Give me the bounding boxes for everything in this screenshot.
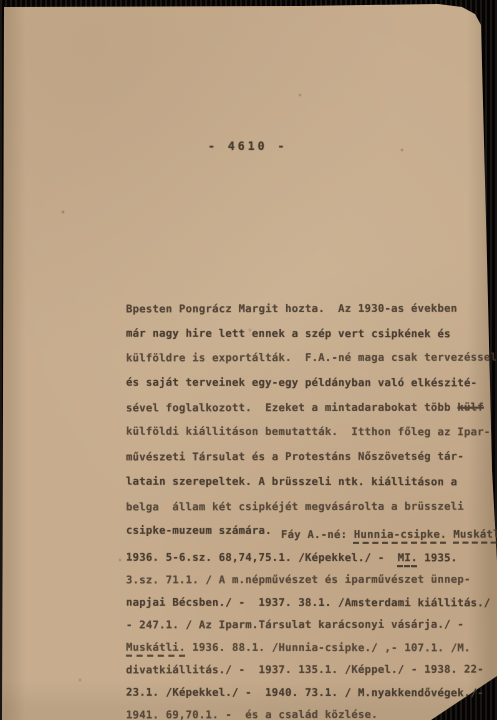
text-line: Bpesten Pongrácz Margit hozta. Az 1930-a… — [126, 297, 491, 322]
text-line: Muskátli. 1936. 88.1. /Hunnia-csipke./ ,… — [126, 636, 491, 659]
text-line: 1941. 69,70.1. - és a család közlése. — [126, 704, 491, 720]
text-line: 3.sz. 71.1. / A m.népművészet és iparműv… — [126, 569, 491, 592]
text-line: és saját terveinek egy-egy példányban va… — [126, 371, 491, 396]
text-line: belga állam két csipkéjét megvásárolta a… — [126, 494, 491, 519]
text-segment: már nagy hire lett ennek a szép vert csi… — [126, 327, 451, 340]
text-line: - 247.1. / Az Iparm.Társulat karácsonyi … — [126, 614, 491, 637]
page-number: - 4610 - — [208, 139, 287, 153]
text-segment: 3.sz. 71.1. / A m.népművészet és iparműv… — [126, 574, 471, 587]
text-segment: 1936. 5-6.sz. 68,74,75.1. /Képekkel./ - — [126, 551, 398, 563]
text-line: napjai Bécsben./ - 1937. 38.1. /Amsterda… — [126, 591, 491, 614]
text-line: már nagy hire lett ennek a szép vert csi… — [126, 321, 491, 346]
text-line: sével foglalkozott. Ezeket a mintadarabo… — [126, 395, 491, 420]
text-segment: napjai Bécsben./ - 1937. 38.1. /Amsterda… — [126, 596, 491, 609]
text-segment: sével foglalkozott. Ezeket a mintadarabo… — [126, 401, 457, 414]
text-segment: 1936. 88.1. /Hunnia-csipke./ ,- 107.1. /… — [186, 641, 471, 653]
text-line: 23.1. /Képekkel./ - 1940. 73.1. / M.nyak… — [126, 681, 491, 704]
text-line: 1936. 5-6.sz. 68,74,75.1. /Képekkel./ - … — [126, 546, 491, 569]
underlined-text: Muskátli — [453, 529, 497, 541]
text-segment: belga állam két csipkéjét megvásárolta a… — [126, 500, 464, 513]
scanned-page-background: - 4610 - Bpesten Pongrácz Margit hozta. … — [0, 0, 497, 720]
underlined-text: Hunnia-csipke. — [354, 529, 447, 541]
struck-text: külf — [457, 401, 484, 413]
text-line: művészeti Társulat és a Protestáns Nőszö… — [126, 445, 491, 470]
text-segment: 23.1. /Képekkel./ - 1940. 73.1. / M.nyak… — [126, 686, 484, 699]
text-segment: Fáy A.-né: — [281, 529, 354, 541]
text-segment: külföldre is exportálták. F.A.-né maga c… — [126, 352, 497, 365]
bibliography-paragraph: Fáy A.-né: Hunnia-csipke. Muskátli1936. … — [126, 524, 491, 720]
underlined-text: Muskátli. — [126, 641, 186, 653]
text-segment: divatkiállitás./ - 1937. 135.1. /Képpel.… — [126, 664, 484, 677]
text-line: divatkiállitás./ - 1937. 135.1. /Képpel.… — [126, 659, 491, 682]
text-segment: 1935. — [418, 552, 458, 564]
text-segment: Bpesten Pongrácz Margit hozta. Az 1930-a… — [126, 303, 457, 316]
text-line: latain szerepeltek. A brüsszeli ntk. kiá… — [126, 469, 491, 494]
body-paragraph: Bpesten Pongrácz Margit hozta. Az 1930-a… — [126, 297, 491, 544]
text-line: Fáy A.-né: Hunnia-csipke. Muskátli — [126, 524, 491, 547]
text-segment: - 247.1. / Az Iparm.Társulat karácsonyi … — [126, 619, 464, 632]
underlined-text: MI. — [398, 552, 418, 564]
text-segment: művészeti Társulat és a Protestáns Nőszö… — [126, 451, 464, 464]
text-segment: és saját terveinek egy-egy példányban va… — [126, 377, 477, 390]
text-segment: külföldi kiállitáson bemutatták. Itthon … — [126, 426, 491, 439]
text-line: külföldi kiállitáson bemutatták. Itthon … — [126, 420, 491, 445]
text-segment: latain szerepeltek. A brüsszeli ntk. kiá… — [126, 475, 457, 488]
text-line: külföldre is exportálták. F.A.-né maga c… — [126, 346, 491, 371]
text-segment: 1941. 69,70.1. - és a család közlése. — [126, 709, 378, 720]
